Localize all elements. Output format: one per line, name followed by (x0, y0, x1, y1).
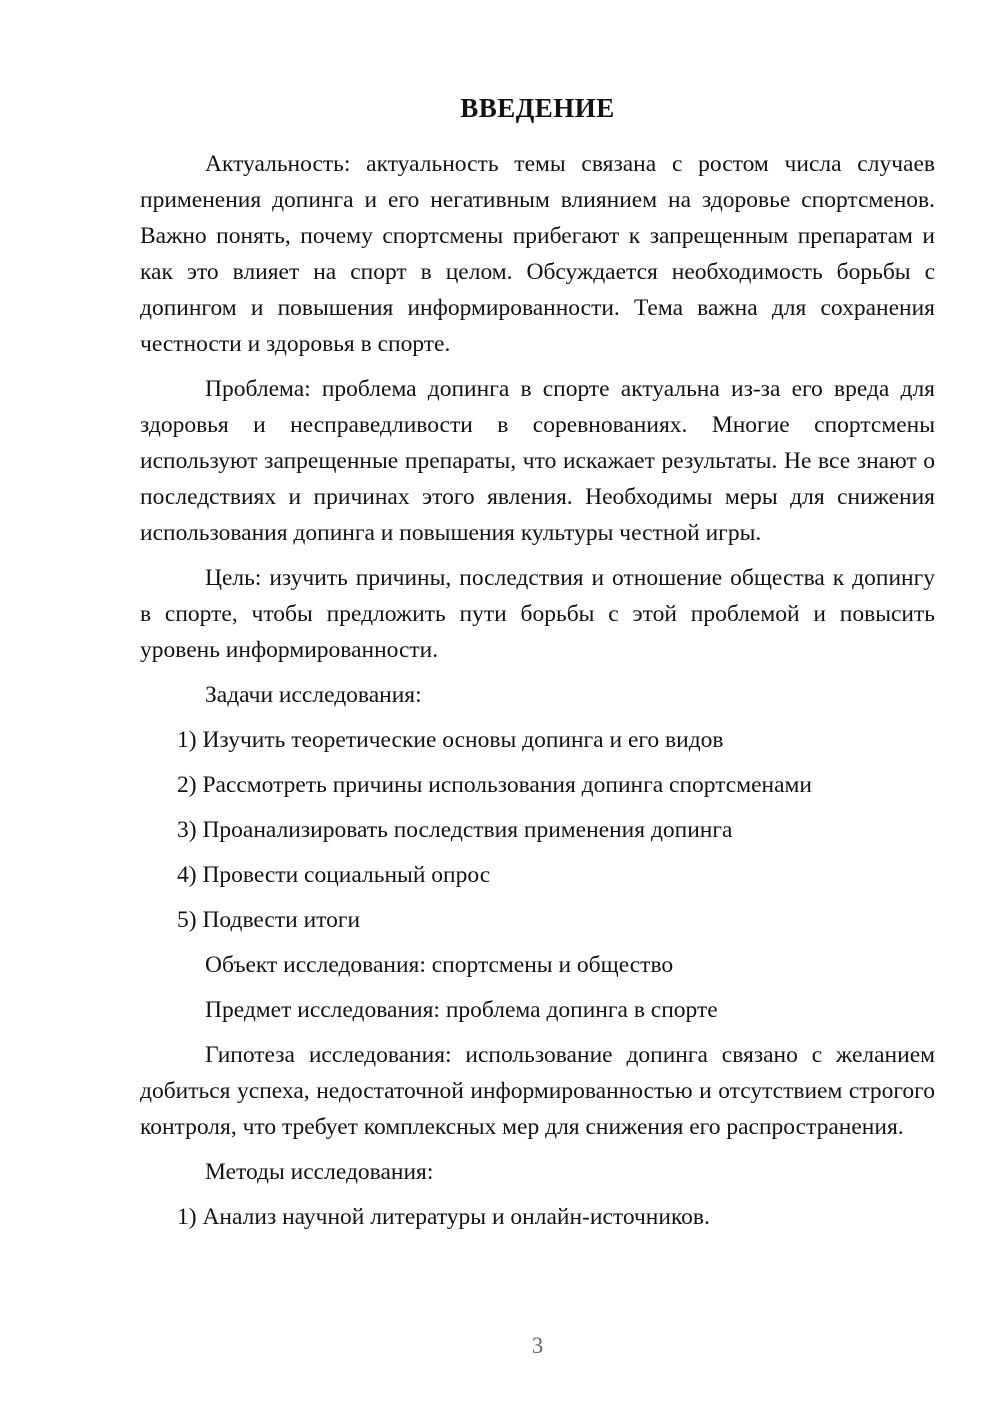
object-line: Объект исследования: спортсмены и общест… (140, 947, 935, 983)
paragraph-problem: Проблема: проблема допинга в спорте акту… (140, 371, 935, 551)
page-title: ВВЕДЕНИЕ (140, 90, 935, 126)
page-number: 3 (140, 1328, 935, 1364)
task-item-4: 4) Провести социальный опрос (140, 857, 935, 893)
methods-heading: Методы исследования: (140, 1154, 935, 1190)
method-item-1: 1) Анализ научной литературы и онлайн-ис… (140, 1199, 935, 1235)
task-item-5: 5) Подвести итоги (140, 902, 935, 938)
task-item-2: 2) Рассмотреть причины использования доп… (140, 767, 935, 803)
task-item-3: 3) Проанализировать последствия применен… (140, 812, 935, 848)
document-page: ВВЕДЕНИЕ Актуальность: актуальность темы… (0, 0, 1000, 1414)
paragraph-hypothesis: Гипотеза исследования: использование доп… (140, 1037, 935, 1145)
paragraph-relevance: Актуальность: актуальность темы связана … (140, 146, 935, 362)
task-item-1: 1) Изучить теоретические основы допинга … (140, 722, 935, 758)
subject-line: Предмет исследования: проблема допинга в… (140, 992, 935, 1028)
paragraph-goal: Цель: изучить причины, последствия и отн… (140, 560, 935, 668)
tasks-heading: Задачи исследования: (140, 677, 935, 713)
tasks-list: 1) Изучить теоретические основы допинга … (140, 722, 935, 938)
